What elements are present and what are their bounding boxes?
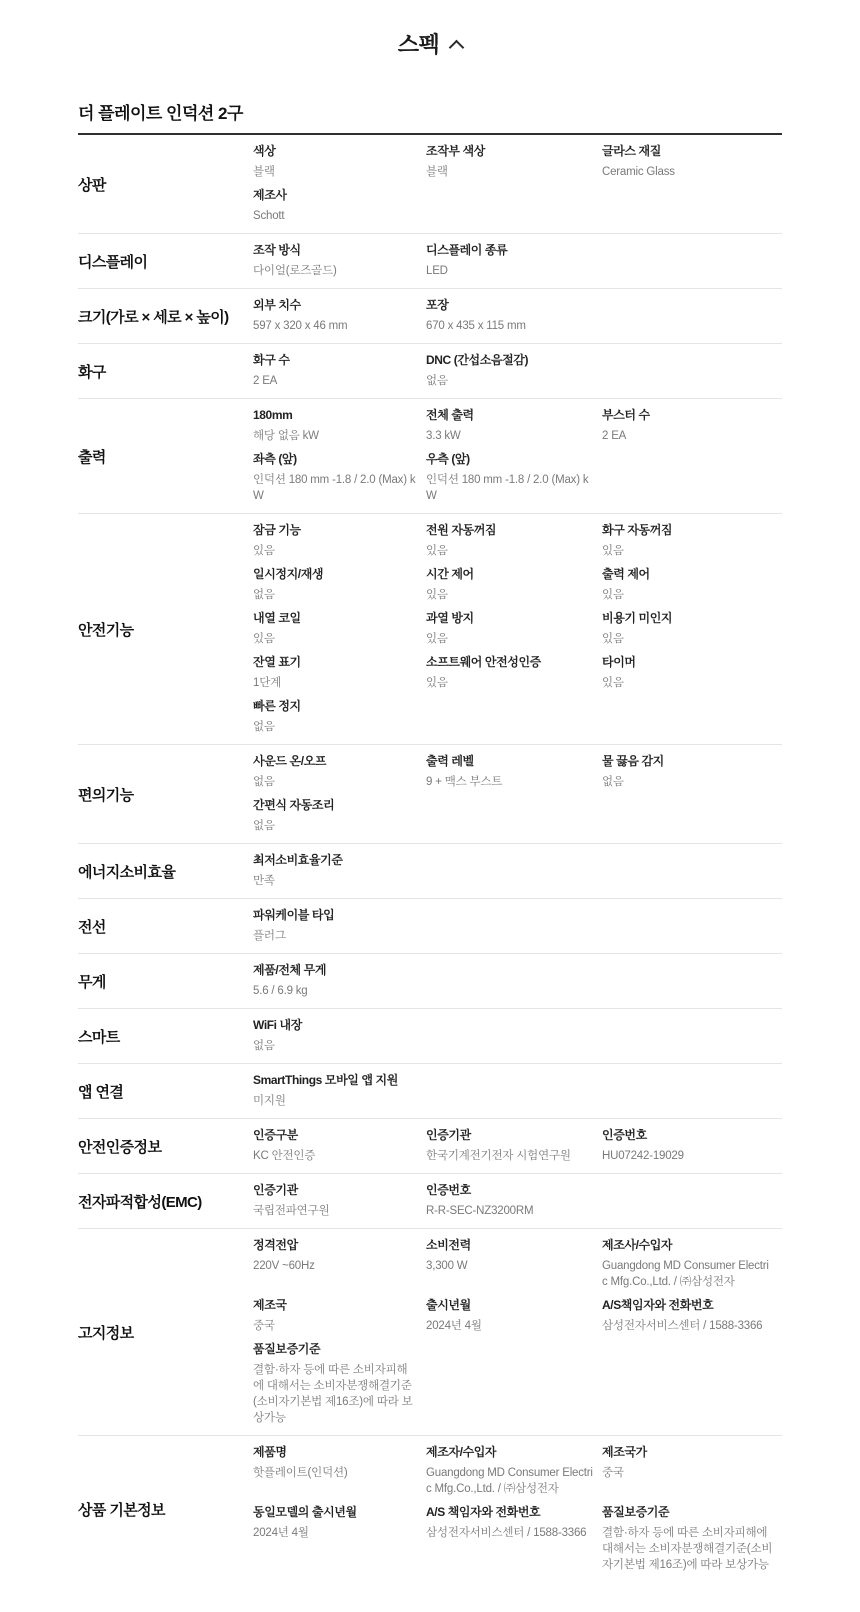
spec-value: 중국 (602, 1465, 774, 1481)
spec-row-cells: 사운드 온/오프 없음 출력 레벨 9 + 맥스 부스트 물 끓음 감지 없음 … (253, 750, 782, 838)
spec-cell: 동일모델의 출시년월 2024년 4월 (253, 1501, 426, 1545)
spec-cell: 물 끓음 감지 없음 (602, 750, 782, 794)
spec-cell: 인증번호 HU07242-19029 (602, 1124, 782, 1168)
spec-label: 글라스 재질 (602, 144, 774, 159)
spec-value: 597 x 320 x 46 mm (253, 318, 418, 334)
spec-label: 포장 (426, 298, 594, 313)
page-title: 스펙 (398, 28, 440, 59)
spec-value: 블랙 (253, 164, 418, 180)
spec-row-cells: 제품/전체 무게 5.6 / 6.9 kg (253, 959, 782, 1003)
spec-table-row: 스마트 WiFi 내장 없음 (78, 1009, 782, 1064)
spec-value: 한국기계전기전자 시험연구원 (426, 1148, 594, 1164)
spec-value: 다이얼(로즈골드) (253, 263, 418, 279)
spec-label: 인증번호 (602, 1128, 774, 1143)
spec-label: 빠른 정지 (253, 699, 418, 714)
spec-value: 2 EA (253, 373, 418, 389)
spec-row-header: 디스플레이 (78, 251, 253, 272)
spec-table-row: 편의기능 사운드 온/오프 없음 출력 레벨 9 + 맥스 부스트 물 끓음 감… (78, 745, 782, 844)
spec-value: 5.6 / 6.9 kg (253, 983, 418, 999)
spec-value: 없음 (253, 1038, 418, 1054)
spec-page: 스펙 더 플레이트 인덕션 2구 상판 색상 블랙 조작부 색상 블랙 글라스 … (0, 0, 860, 1612)
spec-value: Ceramic Glass (602, 164, 774, 180)
spec-row-header: 스마트 (78, 1026, 253, 1047)
spec-row-cells: 파워케이블 타입 플러그 (253, 904, 782, 948)
spec-table-row: 전선 파워케이블 타입 플러그 (78, 899, 782, 954)
spec-label: 180mm (253, 408, 418, 423)
spec-value: 중국 (253, 1318, 418, 1334)
spec-label: 동일모델의 출시년월 (253, 1505, 418, 1520)
spec-label: 제품명 (253, 1445, 418, 1460)
spec-cell: 소프트웨어 안전성인증 있음 (426, 651, 602, 695)
spec-cell: 우측 (앞) 인덕션 180 mm -1.8 / 2.0 (Max) kW (426, 448, 602, 508)
spec-table-row: 무게 제품/전체 무게 5.6 / 6.9 kg (78, 954, 782, 1009)
spec-row-header: 앱 연결 (78, 1081, 253, 1102)
spec-label: DNC (간섭소음절감) (426, 353, 594, 368)
spec-row-cells: 정격전압 220V ~60Hz 소비전력 3,300 W 제조사/수입자 Gua… (253, 1234, 782, 1430)
spec-row-header: 에너지소비효율 (78, 861, 253, 882)
spec-label: 우측 (앞) (426, 452, 594, 467)
spec-label: A/S 책임자와 전화번호 (426, 1505, 594, 1520)
spec-cell: 잠금 기능 있음 (253, 519, 426, 563)
spec-cell: 간편식 자동조리 없음 (253, 794, 426, 838)
spec-cell: 품질보증기준 결함·하자 등에 따른 소비자피해에 대해서는 소비자분쟁해결기준… (253, 1338, 426, 1430)
spec-label: 잠금 기능 (253, 523, 418, 538)
spec-row-cells: 색상 블랙 조작부 색상 블랙 글라스 재질 Ceramic Glass 제조사… (253, 140, 782, 228)
spec-row-header: 고지정보 (78, 1322, 253, 1343)
spec-label: 출력 제어 (602, 567, 774, 582)
spec-value: LED (426, 263, 594, 279)
spec-cell: 타이머 있음 (602, 651, 782, 695)
spec-label: 품질보증기준 (602, 1505, 774, 1520)
spec-value: 1단계 (253, 675, 418, 691)
spec-label: 사운드 온/오프 (253, 754, 418, 769)
spec-value: 3,300 W (426, 1258, 594, 1274)
spec-row-header: 편의기능 (78, 784, 253, 805)
spec-label: 내열 코일 (253, 611, 418, 626)
spec-cell: 과열 방지 있음 (426, 607, 602, 651)
spec-label: 과열 방지 (426, 611, 594, 626)
spec-row-header: 안전인증정보 (78, 1136, 253, 1157)
spec-accordion-toggle[interactable]: 스펙 (78, 24, 782, 65)
spec-cell: DNC (간섭소음절감) 없음 (426, 349, 602, 393)
spec-cell: 파워케이블 타입 플러그 (253, 904, 426, 948)
spec-label: WiFi 내장 (253, 1018, 418, 1033)
spec-cell: 인증기관 국립전파연구원 (253, 1179, 426, 1223)
spec-label: 좌측 (앞) (253, 452, 418, 467)
spec-table-row: 안전인증정보 인증구분 KC 안전인증 인증기관 한국기계전기전자 시험연구원 … (78, 1119, 782, 1174)
spec-cell: 포장 670 x 435 x 115 mm (426, 294, 602, 338)
spec-value: KC 안전인증 (253, 1148, 418, 1164)
spec-cell: 부스터 수 2 EA (602, 404, 782, 448)
spec-label: 인증기관 (426, 1128, 594, 1143)
spec-cell: A/S 책임자와 전화번호 삼성전자서비스센터 / 1588-3366 (426, 1501, 602, 1545)
spec-cell: 정격전압 220V ~60Hz (253, 1234, 426, 1278)
spec-label: 정격전압 (253, 1238, 418, 1253)
spec-value: 9 + 맥스 부스트 (426, 774, 594, 790)
spec-label: 소프트웨어 안전성인증 (426, 655, 594, 670)
spec-table-row: 에너지소비효율 최저소비효율기준 만족 (78, 844, 782, 899)
spec-label: 제조국 (253, 1298, 418, 1313)
spec-label: 전원 자동꺼짐 (426, 523, 594, 538)
spec-value: 만족 (253, 873, 418, 889)
spec-row-cells: 180mm 해당 없음 kW 전체 출력 3.3 kW 부스터 수 2 EA 좌… (253, 404, 782, 508)
spec-value: 삼성전자서비스센터 / 1588-3366 (602, 1318, 774, 1334)
spec-label: 간편식 자동조리 (253, 798, 418, 813)
spec-cell: 글라스 재질 Ceramic Glass (602, 140, 782, 184)
spec-cell: 좌측 (앞) 인덕션 180 mm -1.8 / 2.0 (Max) kW (253, 448, 426, 508)
spec-row-cells: 인증기관 국립전파연구원 인증번호 R-R-SEC-NZ3200RM (253, 1179, 782, 1223)
spec-value: Guangdong MD Consumer Electric Mfg.Co.,L… (426, 1465, 594, 1497)
spec-row-cells: WiFi 내장 없음 (253, 1014, 782, 1058)
spec-value: 있음 (602, 675, 774, 691)
spec-table: 상판 색상 블랙 조작부 색상 블랙 글라스 재질 Ceramic Glass … (78, 133, 782, 1582)
spec-row-header: 전선 (78, 916, 253, 937)
spec-cell: 디스플레이 종류 LED (426, 239, 602, 283)
spec-cell: 전원 자동꺼짐 있음 (426, 519, 602, 563)
spec-value: 있음 (426, 543, 594, 559)
spec-row-cells: 최저소비효율기준 만족 (253, 849, 782, 893)
spec-row-cells: 조작 방식 다이얼(로즈골드) 디스플레이 종류 LED (253, 239, 782, 283)
spec-row-cells: 잠금 기능 있음 전원 자동꺼짐 있음 화구 자동꺼짐 있음 일시정지/재생 없… (253, 519, 782, 739)
spec-label: 부스터 수 (602, 408, 774, 423)
spec-cell: 인증번호 R-R-SEC-NZ3200RM (426, 1179, 602, 1223)
spec-value: 2 EA (602, 428, 774, 444)
spec-label: 조작 방식 (253, 243, 418, 258)
spec-cell: 인증기관 한국기계전기전자 시험연구원 (426, 1124, 602, 1168)
spec-value: 블랙 (426, 164, 594, 180)
spec-table-row: 크기(가로 × 세로 × 높이) 외부 치수 597 x 320 x 46 mm… (78, 289, 782, 344)
spec-value: 3.3 kW (426, 428, 594, 444)
spec-row-cells: 인증구분 KC 안전인증 인증기관 한국기계전기전자 시험연구원 인증번호 HU… (253, 1124, 782, 1168)
spec-cell: 출력 제어 있음 (602, 563, 782, 607)
spec-row-cells: 제품명 핫플레이트(인덕션) 제조자/수입자 Guangdong MD Cons… (253, 1441, 782, 1577)
spec-value: 국립전파연구원 (253, 1203, 418, 1219)
spec-cell: 소비전력 3,300 W (426, 1234, 602, 1278)
spec-value: 없음 (253, 587, 418, 603)
spec-cell: WiFi 내장 없음 (253, 1014, 426, 1058)
spec-value: 2024년 4월 (253, 1525, 418, 1541)
spec-cell: 색상 블랙 (253, 140, 426, 184)
spec-value: 없음 (253, 774, 418, 790)
spec-row-cells: SmartThings 모바일 앱 지원 미지원 (253, 1069, 782, 1113)
spec-label: 인증기관 (253, 1183, 418, 1198)
spec-cell: 잔열 표기 1단계 (253, 651, 426, 695)
spec-cell: 빠른 정지 없음 (253, 695, 426, 739)
spec-label: 파워케이블 타입 (253, 908, 418, 923)
spec-cell: 화구 자동꺼짐 있음 (602, 519, 782, 563)
spec-label: 물 끓음 감지 (602, 754, 774, 769)
spec-cell: 출시년월 2024년 4월 (426, 1294, 602, 1338)
spec-label: A/S책임자와 전화번호 (602, 1298, 774, 1313)
spec-value: 없음 (253, 719, 418, 735)
spec-label: 색상 (253, 144, 418, 159)
spec-cell: 품질보증기준 결함·하자 등에 따른 소비자피해에 대해서는 소비자분쟁해결기준… (602, 1501, 782, 1577)
spec-cell: 출력 레벨 9 + 맥스 부스트 (426, 750, 602, 794)
spec-cell: 사운드 온/오프 없음 (253, 750, 426, 794)
spec-value: 220V ~60Hz (253, 1258, 418, 1274)
spec-label: 일시정지/재생 (253, 567, 418, 582)
spec-value: Guangdong MD Consumer Electric Mfg.Co.,L… (602, 1258, 774, 1290)
spec-label: 전체 출력 (426, 408, 594, 423)
spec-cell: 내열 코일 있음 (253, 607, 426, 651)
spec-table-row: 전자파적합성(EMC) 인증기관 국립전파연구원 인증번호 R-R-SEC-NZ… (78, 1174, 782, 1229)
spec-table-row: 화구 화구 수 2 EA DNC (간섭소음절감) 없음 (78, 344, 782, 399)
spec-label: 제품/전체 무게 (253, 963, 418, 978)
spec-value: 있음 (253, 543, 418, 559)
spec-value: 없음 (426, 373, 594, 389)
spec-label: 외부 치수 (253, 298, 418, 313)
spec-label: 시간 제어 (426, 567, 594, 582)
spec-label: 제조국가 (602, 1445, 774, 1460)
spec-value: 인덕션 180 mm -1.8 / 2.0 (Max) kW (253, 472, 418, 504)
spec-cell: 조작부 색상 블랙 (426, 140, 602, 184)
spec-row-header: 상품 기본정보 (78, 1499, 253, 1520)
spec-label: 제조사 (253, 188, 418, 203)
spec-label: 제조사/수입자 (602, 1238, 774, 1253)
spec-label: 화구 자동꺼짐 (602, 523, 774, 538)
spec-cell: A/S책임자와 전화번호 삼성전자서비스센터 / 1588-3366 (602, 1294, 782, 1338)
spec-value: HU07242-19029 (602, 1148, 774, 1164)
spec-value: 결함·하자 등에 따른 소비자피해에 대해서는 소비자분쟁해결기준(소비자기본법… (253, 1362, 418, 1426)
chevron-up-icon (449, 39, 465, 55)
spec-table-row: 고지정보 정격전압 220V ~60Hz 소비전력 3,300 W 제조사/수입… (78, 1229, 782, 1436)
spec-cell: SmartThings 모바일 앱 지원 미지원 (253, 1069, 426, 1113)
spec-cell: 제조국 중국 (253, 1294, 426, 1338)
spec-cell: 제조자/수입자 Guangdong MD Consumer Electric M… (426, 1441, 602, 1501)
spec-label: 인증번호 (426, 1183, 594, 1198)
spec-cell: 제품명 핫플레이트(인덕션) (253, 1441, 426, 1485)
spec-cell: 외부 치수 597 x 320 x 46 mm (253, 294, 426, 338)
spec-cell: 조작 방식 다이얼(로즈골드) (253, 239, 426, 283)
spec-cell: 제조사 Schott (253, 184, 426, 228)
product-section-title: 더 플레이트 인덕션 2구 (78, 99, 782, 124)
spec-label: 제조자/수입자 (426, 1445, 594, 1460)
spec-label: 조작부 색상 (426, 144, 594, 159)
spec-cell: 인증구분 KC 안전인증 (253, 1124, 426, 1168)
spec-row-header: 안전기능 (78, 619, 253, 640)
spec-table-row: 상품 기본정보 제품명 핫플레이트(인덕션) 제조자/수입자 Guangdong… (78, 1436, 782, 1582)
spec-value: 플러그 (253, 928, 418, 944)
spec-row-header: 출력 (78, 446, 253, 467)
spec-label: 비용기 미인지 (602, 611, 774, 626)
spec-cell: 180mm 해당 없음 kW (253, 404, 426, 448)
spec-cell: 비용기 미인지 있음 (602, 607, 782, 651)
spec-label: 타이머 (602, 655, 774, 670)
spec-value: 없음 (253, 818, 418, 834)
spec-row-cells: 화구 수 2 EA DNC (간섭소음절감) 없음 (253, 349, 782, 393)
spec-label: 출력 레벨 (426, 754, 594, 769)
spec-value: 있음 (253, 631, 418, 647)
spec-cell: 최저소비효율기준 만족 (253, 849, 426, 893)
spec-cell: 제조사/수입자 Guangdong MD Consumer Electric M… (602, 1234, 782, 1294)
spec-cell: 화구 수 2 EA (253, 349, 426, 393)
spec-cell: 일시정지/재생 없음 (253, 563, 426, 607)
spec-value: 핫플레이트(인덕션) (253, 1465, 418, 1481)
spec-value: 있음 (602, 631, 774, 647)
spec-label: 소비전력 (426, 1238, 594, 1253)
spec-cell: 시간 제어 있음 (426, 563, 602, 607)
spec-row-header: 크기(가로 × 세로 × 높이) (78, 306, 253, 327)
spec-value: 인덕션 180 mm -1.8 / 2.0 (Max) kW (426, 472, 594, 504)
spec-value: 해당 없음 kW (253, 428, 418, 444)
spec-value: R-R-SEC-NZ3200RM (426, 1203, 594, 1219)
spec-label: 최저소비효율기준 (253, 853, 418, 868)
spec-label: 출시년월 (426, 1298, 594, 1313)
spec-cell: 전체 출력 3.3 kW (426, 404, 602, 448)
spec-value: 없음 (602, 774, 774, 790)
spec-value: 2024년 4월 (426, 1318, 594, 1334)
spec-row-header: 화구 (78, 361, 253, 382)
spec-table-row: 앱 연결 SmartThings 모바일 앱 지원 미지원 (78, 1064, 782, 1119)
spec-value: 삼성전자서비스센터 / 1588-3366 (426, 1525, 594, 1541)
spec-row-header: 무게 (78, 971, 253, 992)
spec-value: 있음 (602, 543, 774, 559)
spec-label: 품질보증기준 (253, 1342, 418, 1357)
spec-cell: 제품/전체 무게 5.6 / 6.9 kg (253, 959, 426, 1003)
spec-table-row: 상판 색상 블랙 조작부 색상 블랙 글라스 재질 Ceramic Glass … (78, 135, 782, 234)
spec-value: 있음 (602, 587, 774, 603)
spec-row-cells: 외부 치수 597 x 320 x 46 mm 포장 670 x 435 x 1… (253, 294, 782, 338)
spec-label: 잔열 표기 (253, 655, 418, 670)
spec-value: 미지원 (253, 1093, 418, 1109)
spec-value: 있음 (426, 587, 594, 603)
spec-value: 있음 (426, 675, 594, 691)
spec-label: 화구 수 (253, 353, 418, 368)
spec-value: 670 x 435 x 115 mm (426, 318, 594, 334)
spec-label: 디스플레이 종류 (426, 243, 594, 258)
spec-value: Schott (253, 208, 418, 224)
spec-label: SmartThings 모바일 앱 지원 (253, 1073, 418, 1088)
spec-value: 있음 (426, 631, 594, 647)
spec-value: 결함·하자 등에 따른 소비자피해에 대해서는 소비자분쟁해결기준(소비자기본법… (602, 1525, 774, 1573)
spec-row-header: 전자파적합성(EMC) (78, 1191, 253, 1212)
spec-cell: 제조국가 중국 (602, 1441, 782, 1485)
spec-table-row: 출력 180mm 해당 없음 kW 전체 출력 3.3 kW 부스터 수 2 E… (78, 399, 782, 514)
spec-table-row: 안전기능 잠금 기능 있음 전원 자동꺼짐 있음 화구 자동꺼짐 있음 일시정지… (78, 514, 782, 745)
spec-row-header: 상판 (78, 174, 253, 195)
spec-label: 인증구분 (253, 1128, 418, 1143)
spec-table-row: 디스플레이 조작 방식 다이얼(로즈골드) 디스플레이 종류 LED (78, 234, 782, 289)
